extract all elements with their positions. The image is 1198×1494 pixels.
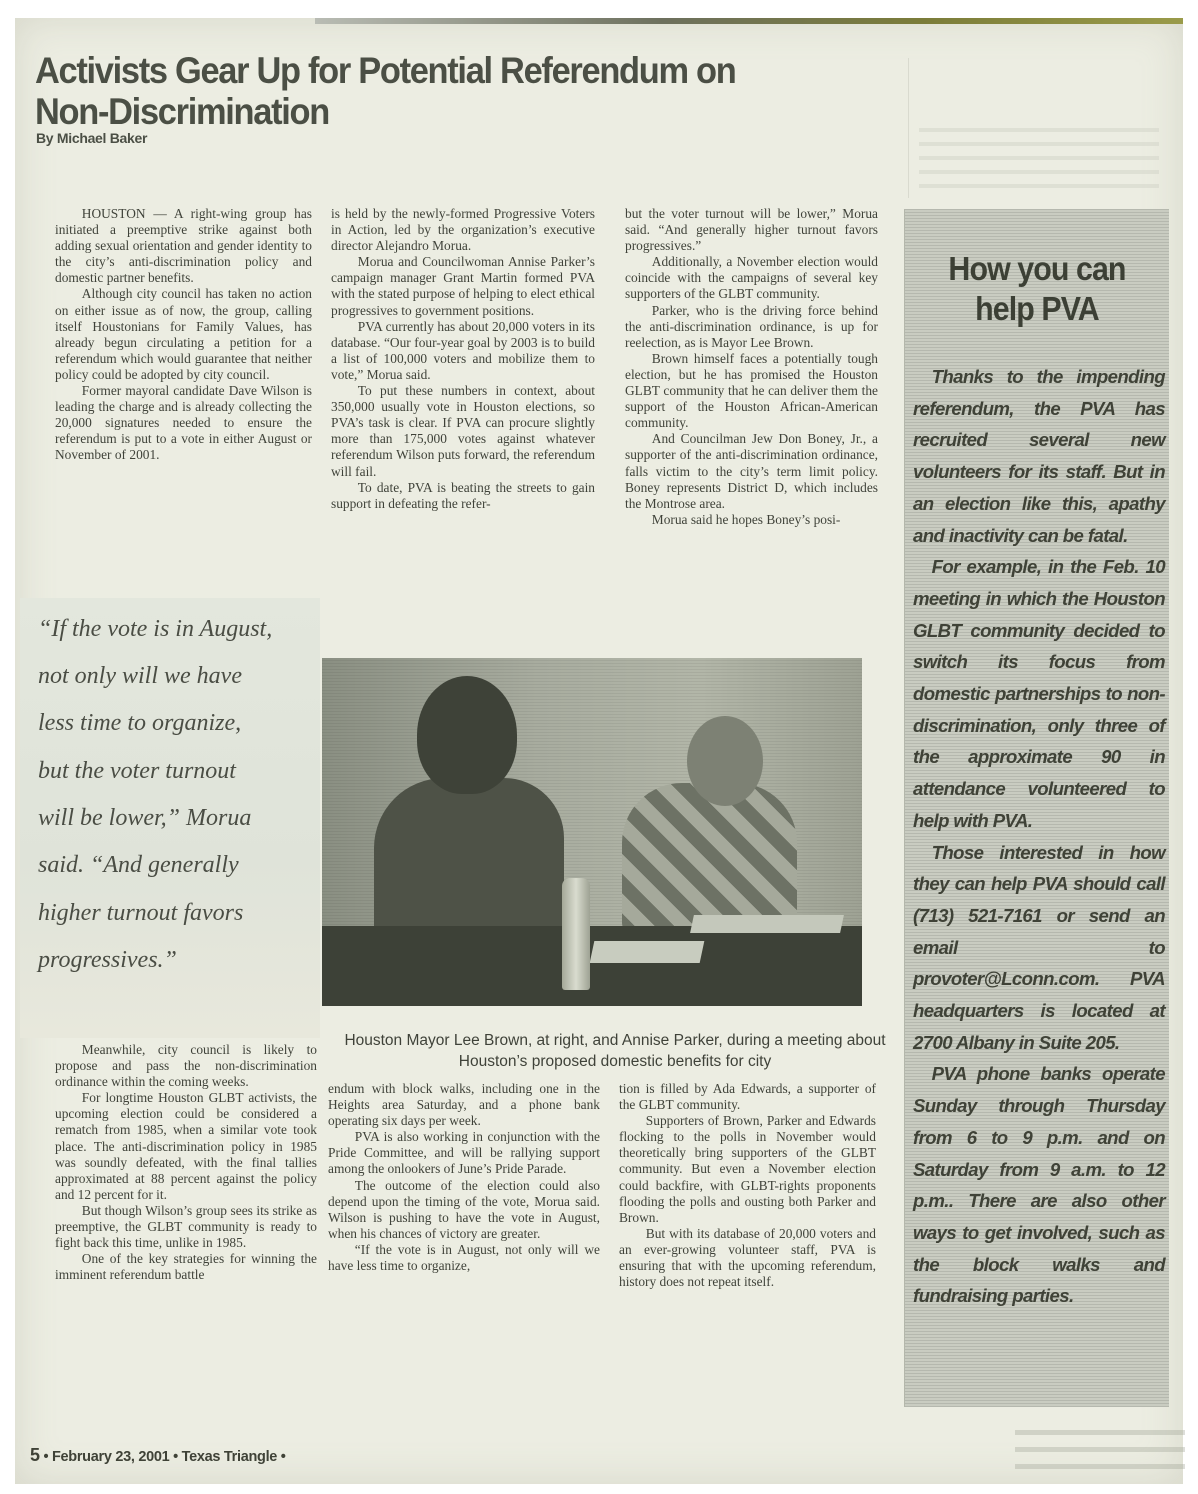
pull-quote-line: said. “And generally	[38, 852, 239, 879]
newspaper-page: Activists Gear Up for Potential Referend…	[15, 18, 1183, 1484]
paragraph: The outcome of the election could also d…	[328, 1178, 600, 1242]
paragraph: One of the key strategies for winning th…	[55, 1251, 317, 1283]
paragraph: But with its database of 20,000 voters a…	[619, 1226, 876, 1290]
photo-person-right	[622, 783, 797, 933]
headline: Activists Gear Up for Potential Referend…	[35, 50, 798, 132]
scan-edge	[315, 18, 1183, 24]
article-column-1-top: HOUSTON — A right-wing group has initiat…	[55, 206, 312, 464]
paragraph: HOUSTON — A right-wing group has initiat…	[55, 206, 312, 286]
article-column-1-bottom: Meanwhile, city council is likely to pro…	[55, 1042, 317, 1283]
paragraph: Parker, who is the driving force behind …	[625, 303, 878, 351]
bleed-through-ad	[908, 58, 1167, 198]
byline: By Michael Baker	[36, 130, 147, 146]
sidebar-paragraph: For example, in the Feb. 10 meeting in w…	[913, 551, 1165, 836]
article-column-3-top: but the voter turnout will be lower,” Mo…	[625, 206, 878, 528]
paragraph: Brown himself faces a potentially tough …	[625, 351, 878, 431]
pull-quote: “If the vote is in August, not only will…	[20, 598, 320, 1038]
page-footer: 5 • February 23, 2001 • Texas Triangle •	[30, 1445, 286, 1466]
paragraph: Former mayoral candidate Dave Wilson is …	[55, 383, 312, 463]
paragraph: Additionally, a November election would …	[625, 254, 878, 302]
pull-quote-line: progressives.”	[38, 947, 177, 974]
pull-quote-line: “If the vote is in August,	[38, 616, 272, 643]
paragraph: “If the vote is in August, not only will…	[328, 1242, 600, 1274]
paragraph: Meanwhile, city council is likely to pro…	[55, 1042, 317, 1090]
paragraph: For longtime Houston GLBT activists, the…	[55, 1090, 317, 1203]
pull-quote-line: less time to organize,	[38, 710, 241, 737]
paragraph: And Councilman Jew Don Boney, Jr., a sup…	[625, 431, 878, 511]
paragraph: endum with block walks, including one in…	[328, 1081, 600, 1129]
footer-dateline: • February 23, 2001 • Texas Triangle •	[40, 1449, 286, 1465]
paragraph: Morua said he hopes Boney’s posi-	[625, 512, 878, 528]
sidebar-box: How you can help PVA Thanks to the impen…	[904, 209, 1169, 1407]
sidebar-paragraph: PVA phone banks operate Sunday through T…	[913, 1058, 1165, 1312]
paragraph: Although city council has taken no actio…	[55, 286, 312, 383]
pull-quote-line: but the voter turnout	[38, 758, 236, 785]
pull-quote-line: not only will we have	[38, 663, 242, 690]
sidebar-paragraph: Thanks to the impending referendum, the …	[913, 361, 1165, 551]
paragraph: But though Wilson’s group sees its strik…	[55, 1203, 317, 1251]
photo-table	[322, 926, 862, 1006]
paragraph: PVA is also working in conjunction with …	[328, 1129, 600, 1177]
paragraph: tion is filled by Ada Edwards, a support…	[619, 1081, 876, 1113]
sidebar-body: Thanks to the impending referendum, the …	[913, 361, 1165, 1312]
pull-quote-line: will be lower,” Morua	[38, 805, 251, 832]
paragraph: is held by the newly-formed Progressive …	[331, 206, 595, 254]
paragraph: but the voter turnout will be lower,” Mo…	[625, 206, 878, 254]
article-column-3-bottom: tion is filled by Ada Edwards, a support…	[619, 1081, 876, 1290]
page-number: 5	[30, 1445, 40, 1465]
paragraph: To date, PVA is beating the streets to g…	[331, 480, 595, 512]
paragraph: To put these numbers in context, about 3…	[331, 383, 595, 480]
paragraph: PVA currently has about 20,000 voters in…	[331, 319, 595, 383]
sidebar-title: How you can help PVA	[916, 249, 1159, 329]
meeting-photo	[322, 658, 862, 1006]
pull-quote-line: higher turnout favors	[38, 900, 243, 927]
photo-caption: Houston Mayor Lee Brown, at right, and A…	[335, 1030, 895, 1072]
article-column-2-bottom: endum with block walks, including one in…	[328, 1081, 600, 1274]
sidebar-paragraph: Those interested in how they can help PV…	[913, 837, 1165, 1059]
article-column-2-top: is held by the newly-formed Progressive …	[331, 206, 595, 512]
photo-water-bottle	[562, 878, 590, 990]
paragraph: Supporters of Brown, Parker and Edwards …	[619, 1113, 876, 1226]
paragraph: Morua and Councilwoman Annise Parker’s c…	[331, 254, 595, 318]
bleed-through-text	[1015, 1418, 1185, 1481]
